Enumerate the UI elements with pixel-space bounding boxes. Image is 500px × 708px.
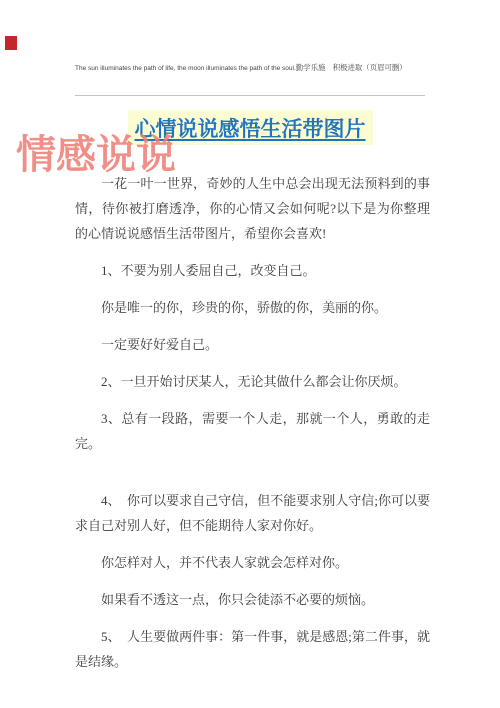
paragraph: 一定要好好爱自己。 [75,332,430,357]
page-header: The sun illuminates the path of life, th… [75,57,435,75]
header-motto-english: The sun illuminates the path of life, th… [75,65,296,72]
brand-watermark: 情感说说 [16,133,176,177]
list-item-1: 1、不要为别人委屈自己，改变自己。 [75,258,430,283]
list-item-3: 3、总有一段路，需要一个人走，那就一个人，勇敢的走完。 [75,406,430,456]
header-divider [75,95,425,96]
intro-paragraph: 一花一叶一世界，奇妙的人生中总会出现无法预料到的事情，待你被打磨透净，你的心情又… [75,171,430,246]
red-corner-mark [5,36,17,50]
article-body: 一花一叶一世界，奇妙的人生中总会出现无法预料到的事情，待你被打磨透净，你的心情又… [75,171,430,686]
list-item-5: 5、 人生要做两件事：第一件事，就是感恩;第二件事，就是结缘。 [75,624,430,674]
list-item-2: 2、一旦开始讨厌某人，无论其做什么都会让你厌烦。 [75,369,430,394]
list-item-4: 4、 你可以要求自己守信，但不能要求别人守信;你可以要求自己对别人好，但不能期待… [75,488,430,538]
document-page: The sun illuminates the path of life, th… [0,0,500,708]
paragraph: 如果看不透这一点，你只会徒添不必要的烦恼。 [75,587,430,612]
paragraph: 你是唯一的你，珍贵的你，骄傲的你，美丽的你。 [75,295,430,320]
header-motto-chinese: 勤学乐施 积极进取（页眉可删） [296,63,407,72]
paragraph: 你怎样对人，并不代表人家就会怎样对你。 [75,550,430,575]
